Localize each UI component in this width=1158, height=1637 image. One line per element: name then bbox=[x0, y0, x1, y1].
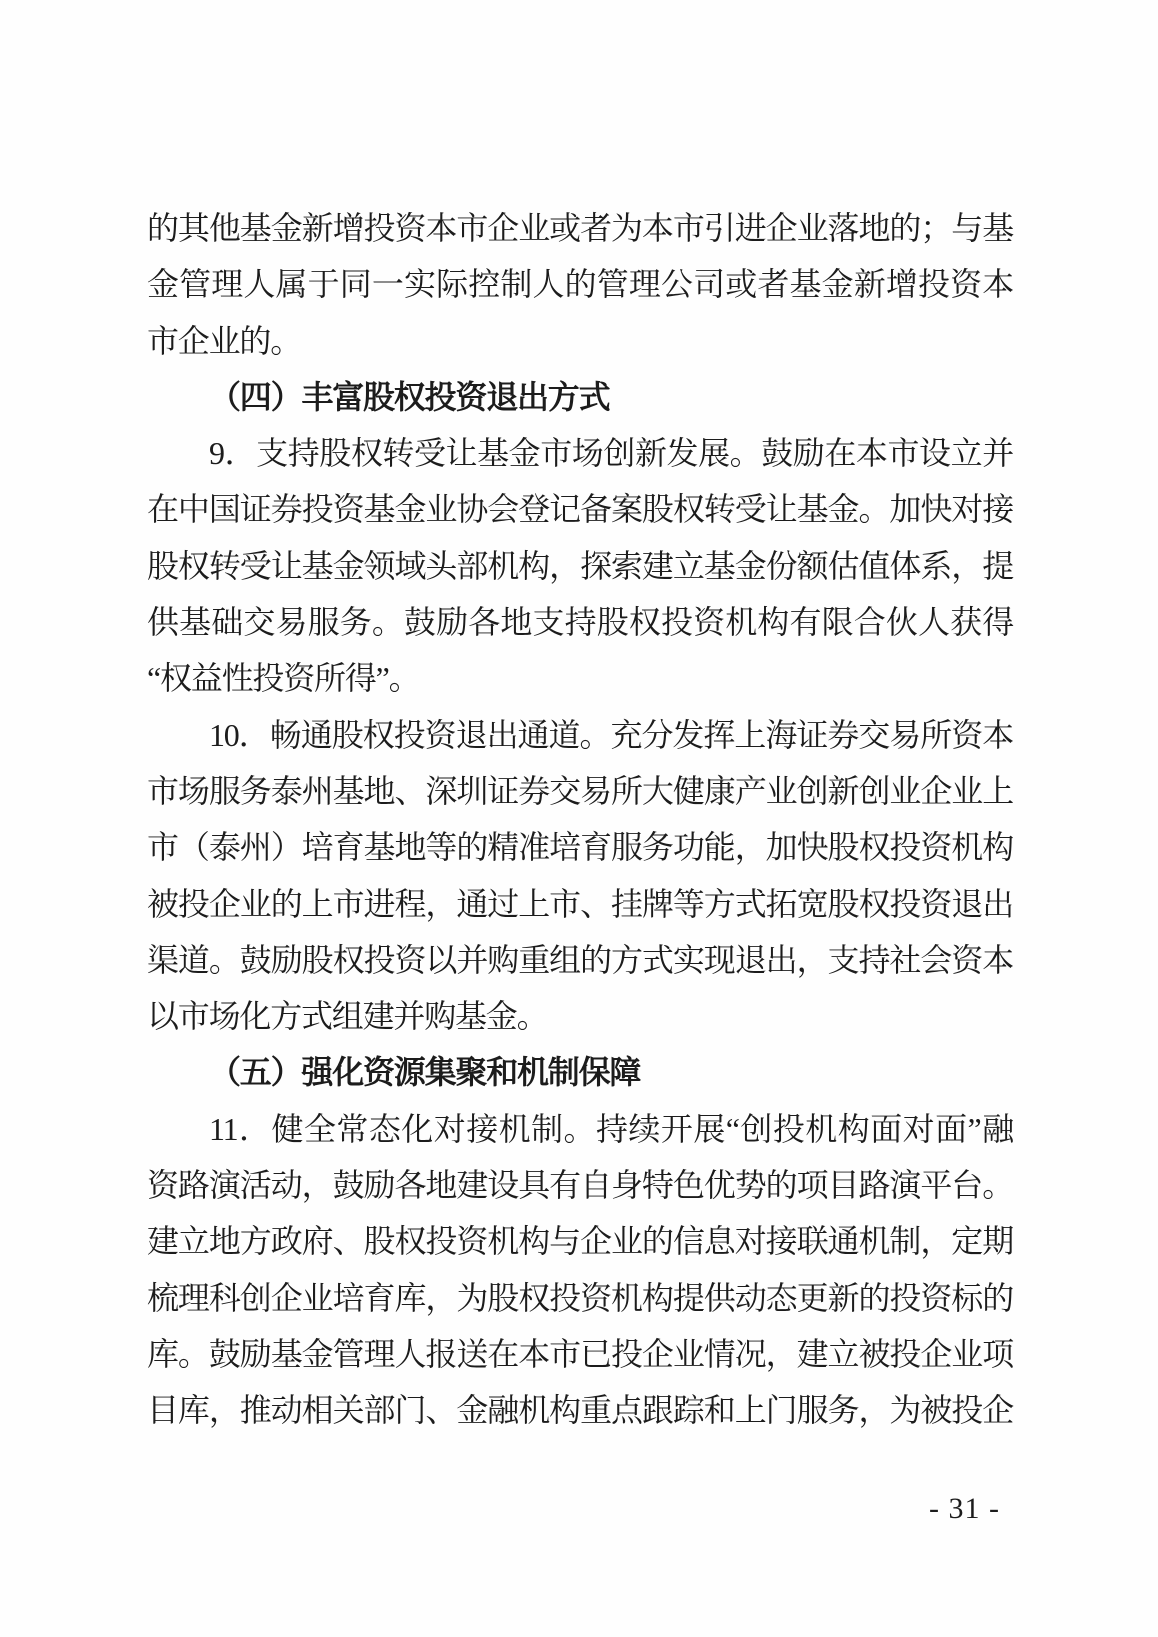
document-text-block: 的其他基金新增投资本市企业或者为本市引进企业落地的；与基 金管理人属于同一实际控… bbox=[147, 200, 1013, 1439]
text-line: 市场服务泰州基地、深圳证券交易所大健康产业创新创业企业上 bbox=[147, 763, 1013, 819]
text-line: 以市场化方式组建并购基金。 bbox=[147, 988, 1013, 1044]
text-line: 被投企业的上市进程，通过上市、挂牌等方式拓宽股权投资退出 bbox=[147, 876, 1013, 932]
text-line: 目库，推动相关部门、金融机构重点跟踪和上门服务，为被投企 bbox=[147, 1382, 1013, 1438]
text-line: 在中国证券投资基金业协会登记备案股权转受让基金。加快对接 bbox=[147, 481, 1013, 537]
text-line: 的其他基金新增投资本市企业或者为本市引进企业落地的；与基 bbox=[147, 200, 1013, 256]
text-line: 建立地方政府、股权投资机构与企业的信息对接联通机制，定期 bbox=[147, 1213, 1013, 1269]
section-heading: （五）强化资源集聚和机制保障 bbox=[147, 1044, 1013, 1100]
item-start-line: 10．畅通股权投资退出通道。充分发挥上海证券交易所资本 bbox=[147, 707, 1013, 763]
text-line: 库。鼓励基金管理人报送在本市已投企业情况，建立被投企业项 bbox=[147, 1326, 1013, 1382]
item-start-line: 9．支持股权转受让基金市场创新发展。鼓励在本市设立并 bbox=[147, 425, 1013, 481]
item-start-line: 11．健全常态化对接机制。持续开展“创投机构面对面”融 bbox=[147, 1101, 1013, 1157]
text-line: 市企业的。 bbox=[147, 313, 1013, 369]
section-heading: （四）丰富股权投资退出方式 bbox=[147, 369, 1013, 425]
text-line: 渠道。鼓励股权投资以并购重组的方式实现退出，支持社会资本 bbox=[147, 932, 1013, 988]
text-line: 金管理人属于同一实际控制人的管理公司或者基金新增投资本 bbox=[147, 256, 1013, 312]
text-line: 供基础交易服务。鼓励各地支持股权投资机构有限合伙人获得 bbox=[147, 594, 1013, 650]
text-line: “权益性投资所得”。 bbox=[147, 650, 1013, 706]
text-line: 市（泰州）培育基地等的精准培育服务功能，加快股权投资机构 bbox=[147, 819, 1013, 875]
text-line: 资路演活动，鼓励各地建设具有自身特色优势的项目路演平台。 bbox=[147, 1157, 1013, 1213]
text-line: 股权转受让基金领域头部机构，探索建立基金份额估值体系，提 bbox=[147, 538, 1013, 594]
page-number: - 31 - bbox=[929, 1492, 1000, 1526]
text-line: 梳理科创企业培育库，为股权投资机构提供动态更新的投资标的 bbox=[147, 1270, 1013, 1326]
document-page: 的其他基金新增投资本市企业或者为本市引进企业落地的；与基 金管理人属于同一实际控… bbox=[0, 0, 1158, 1637]
